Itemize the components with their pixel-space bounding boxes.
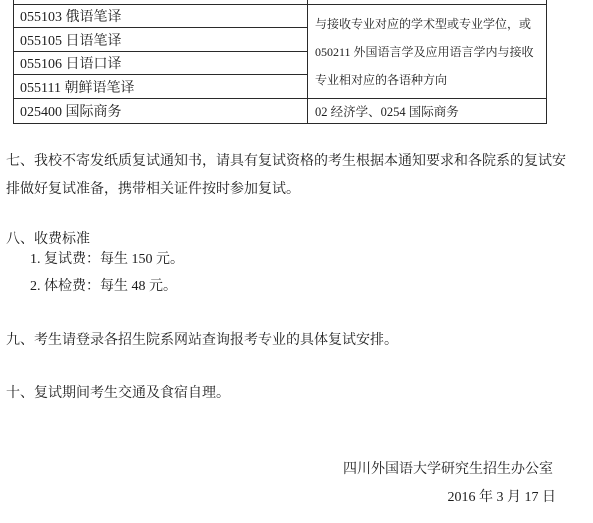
requirement-line: 与接收专业对应的学术型或专业学位，或 <box>315 10 531 38</box>
section-eight-heading: 八、收费标准 <box>6 232 90 248</box>
paragraph-line: 七、我校不寄发纸质复试通知书，请具有复试资格的考生根据本通知要求和各院系的复试安 <box>6 148 566 176</box>
document-page: 055103 俄语笔译 055105 日语笔译 055106 日语口译 0551… <box>0 0 593 523</box>
section-seven-paragraph: 七、我校不寄发纸质复试通知书，请具有复试资格的考生根据本通知要求和各院系的复试安… <box>6 148 566 204</box>
table-cell-code: 055106 日语口译 <box>14 52 308 75</box>
requirement-line: 050211 外国语言学及应用语言学内与接收 <box>315 38 534 66</box>
section-nine-paragraph: 九、考生请登录各招生院系网站查询报考专业的具体复试安排。 <box>6 333 398 349</box>
table-cell-code: 055111 朝鲜语笔译 <box>14 75 308 99</box>
fee-item-physical: 2. 体检费：每生 48 元。 <box>30 279 177 295</box>
requirement-line: 专业相对应的各语种方向 <box>315 66 447 94</box>
table-cell-code: 055105 日语笔译 <box>14 28 308 52</box>
admission-table: 055103 俄语笔译 055105 日语笔译 055106 日语口译 0551… <box>13 0 547 124</box>
table-cell-accepted-majors: 02 经济学、0254 国际商务 <box>308 99 546 123</box>
table-cell-code: 025400 国际商务 <box>14 99 308 123</box>
fee-item-reexam: 1. 复试费：每生 150 元。 <box>30 252 184 268</box>
table-cell-code: 055103 俄语笔译 <box>14 5 308 28</box>
table-cell-requirement: 与接收专业对应的学术型或专业学位，或 050211 外国语言学及应用语言学内与接… <box>308 5 546 99</box>
paragraph-line: 排做好复试准备，携带相关证件按时参加复试。 <box>6 176 566 204</box>
section-ten-paragraph: 十、复试期间考生交通及食宿自理。 <box>6 386 230 402</box>
signature-date: 2016 年 3 月 17 日 <box>448 490 557 506</box>
signature-org: 四川外国语大学研究生招生办公室 <box>343 462 553 478</box>
